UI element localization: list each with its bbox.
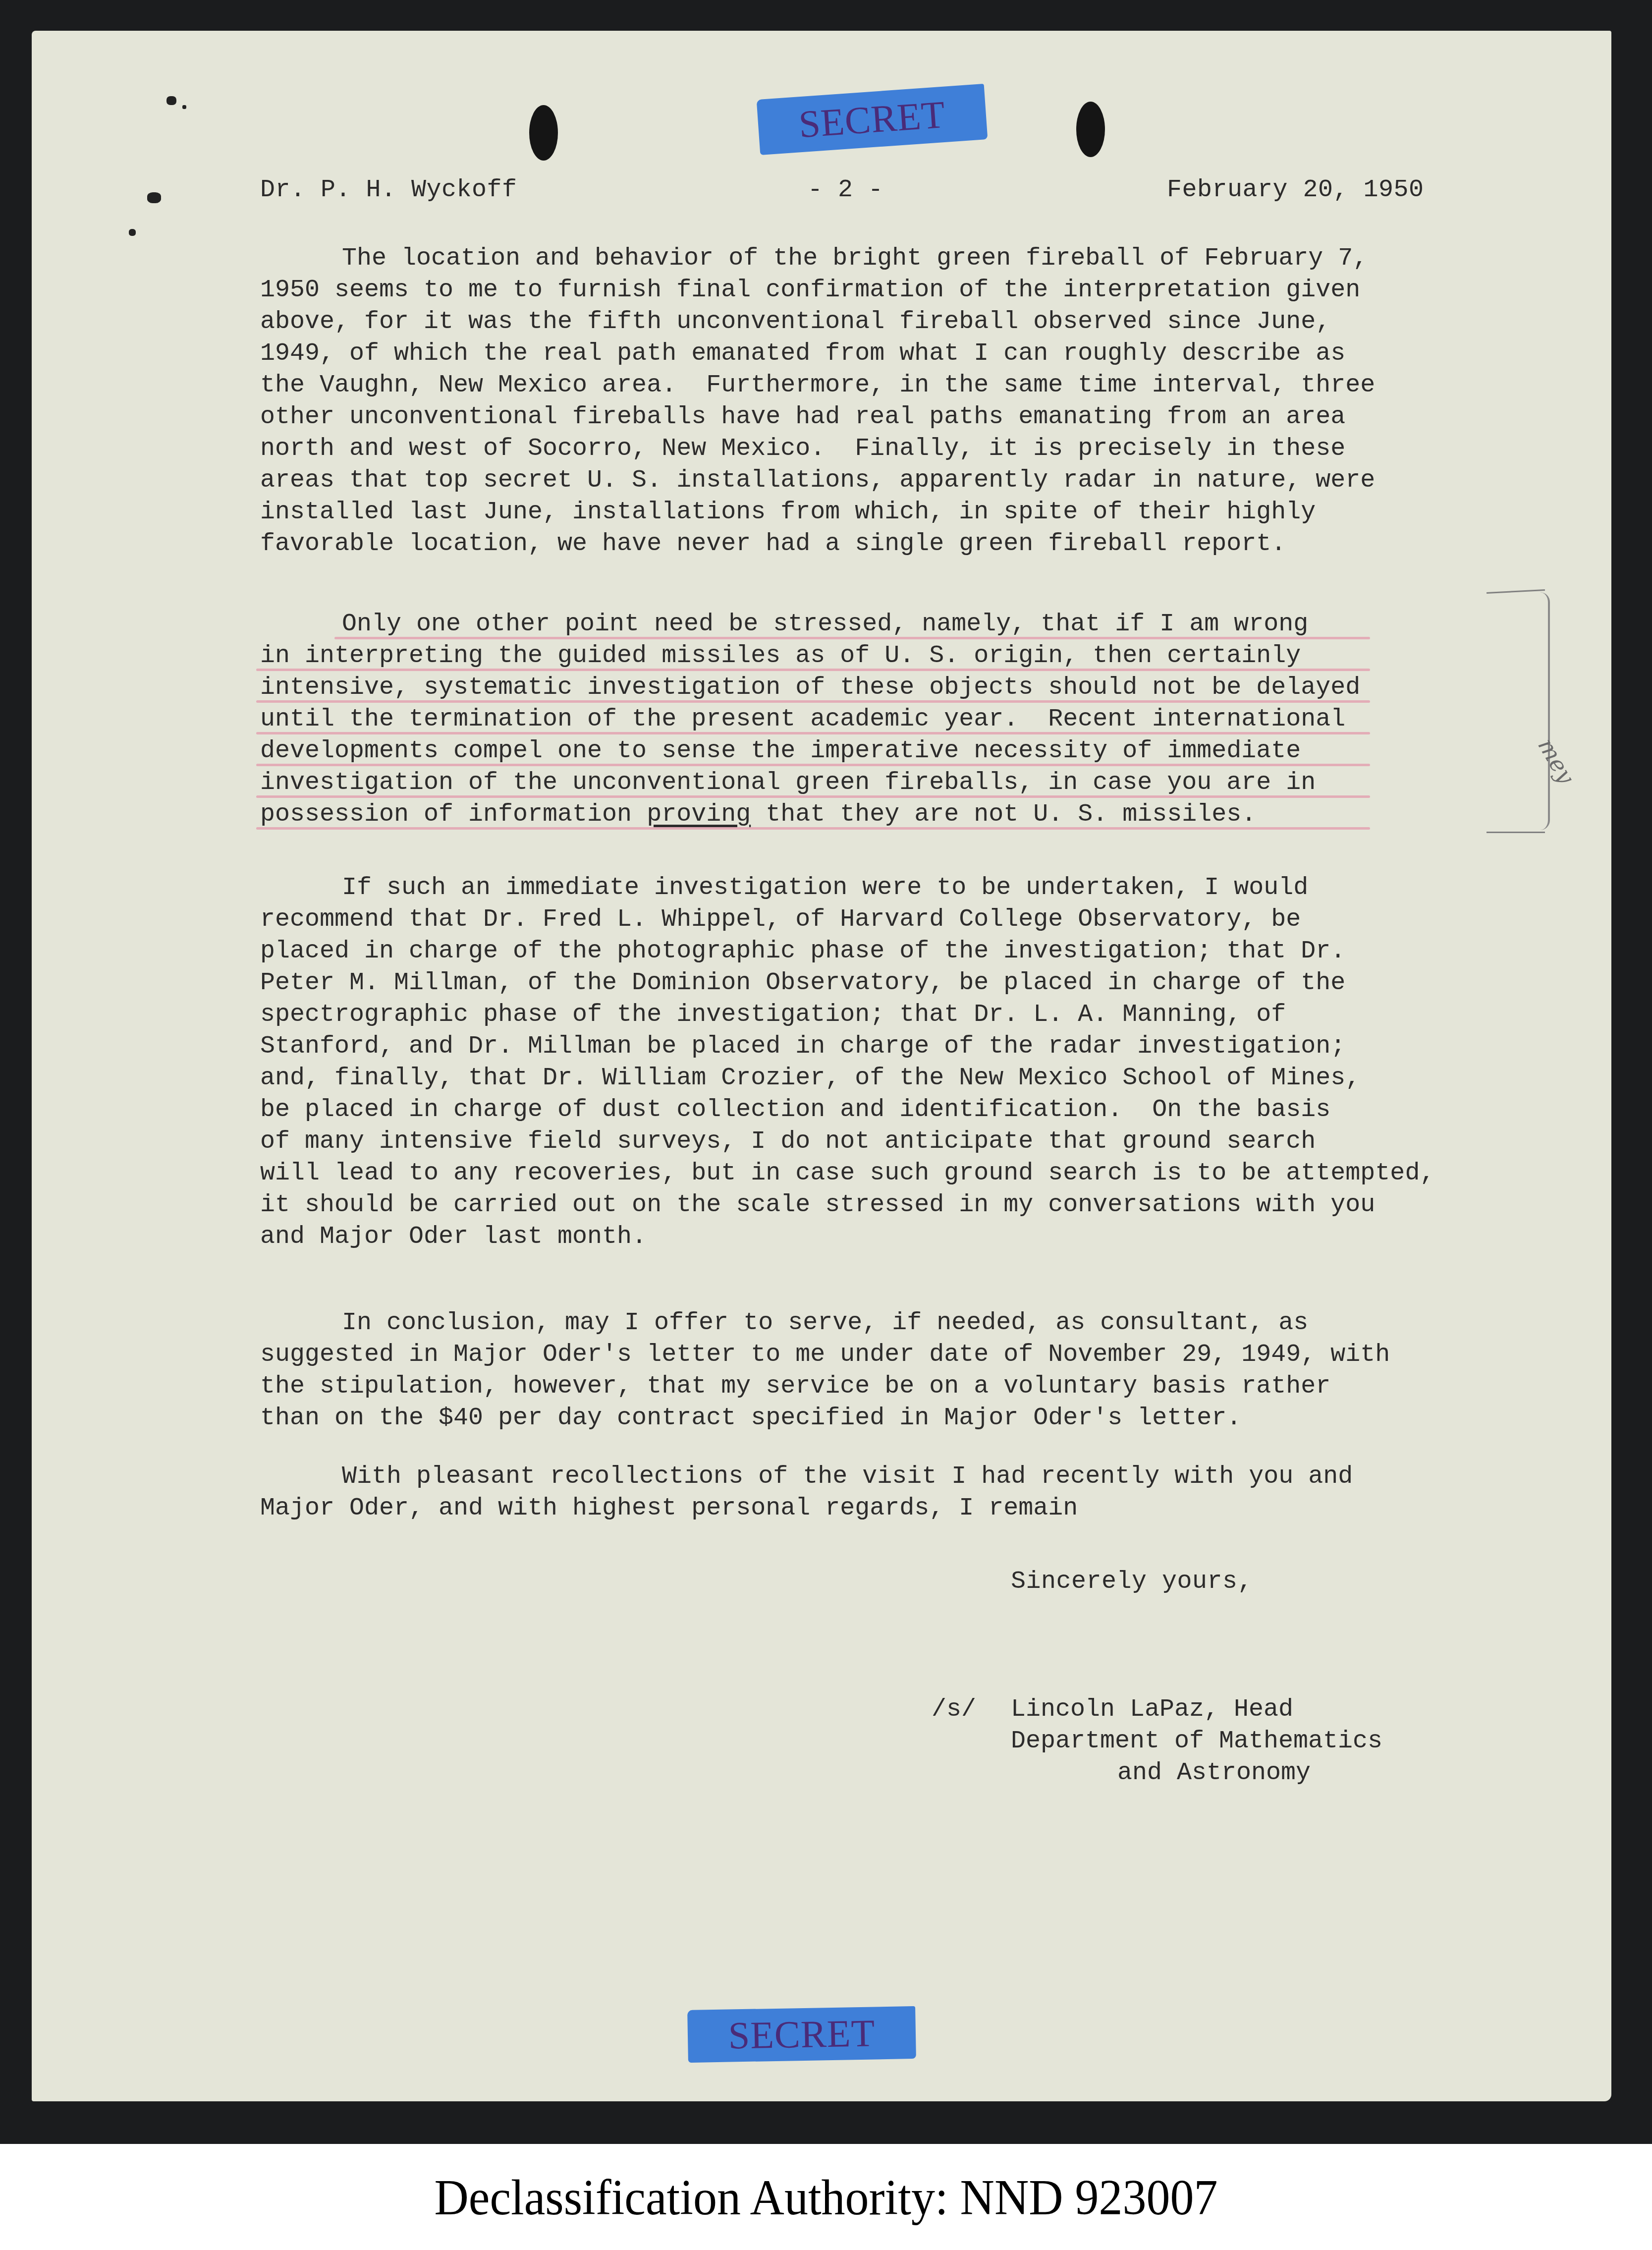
text-line: Major Oder, and with highest personal re… (260, 1493, 1353, 1524)
declassification-footer: Declassification Authority: NND 923007 (0, 2144, 1652, 2250)
highlighted-text-line: developments compel one to sense the imp… (260, 735, 1360, 767)
underlined-word: proving (647, 800, 751, 829)
text-line: 1949, of which the real path emanated fr… (260, 338, 1375, 370)
highlighted-text-line: Only one other point need be stressed, n… (260, 609, 1360, 640)
punch-hole-right (1076, 102, 1105, 157)
highlighted-text-line: investigation of the unconventional gree… (260, 767, 1360, 799)
paragraph-regards: With pleasant recollections of the visit… (260, 1461, 1353, 1524)
paragraph-investigation-recommendations: If such an immediate investigation were … (260, 872, 1434, 1253)
letter-closing: Sincerely yours, (1011, 1566, 1253, 1598)
text-line: will lead to any recoveries, but in case… (260, 1158, 1434, 1189)
text-line: With pleasant recollections of the visit… (260, 1461, 1353, 1493)
paper-tear-mark (129, 229, 136, 236)
pencil-margin-bracket (1540, 592, 1550, 830)
highlighted-text-line: until the termination of the present aca… (260, 704, 1360, 735)
text-line: placed in charge of the photographic pha… (260, 936, 1434, 967)
text-line: the Vaughn, New Mexico area. Furthermore… (260, 370, 1375, 401)
signature-name-line: /s/Lincoln LaPaz, Head (932, 1694, 1382, 1726)
text-line: favorable location, we have never had a … (260, 528, 1375, 560)
text-line: and, finally, that Dr. William Crozier, … (260, 1063, 1434, 1094)
text-line: The location and behavior of the bright … (260, 243, 1375, 275)
text-line: other unconventional fireballs have had … (260, 401, 1375, 433)
text-line: spectrographic phase of the investigatio… (260, 999, 1434, 1031)
paper-tear-mark (166, 96, 176, 105)
signature-mark: /s/ (932, 1694, 1011, 1726)
paragraph-consultant-offer: In conclusion, may I offer to serve, if … (260, 1307, 1390, 1434)
signature-block: /s/Lincoln LaPaz, Head Department of Mat… (932, 1694, 1382, 1789)
punch-hole-left (529, 105, 558, 161)
text-fragment: possession of information (260, 800, 647, 829)
highlighted-text-line: intensive, systematic investigation of t… (260, 672, 1360, 704)
text-line: of many intensive field surveys, I do no… (260, 1126, 1434, 1158)
text-line: installed last June, installations from … (260, 497, 1375, 528)
classification-stamp-bottom: SECRET (687, 2006, 916, 2063)
text-line: than on the $40 per day contract specifi… (260, 1403, 1390, 1434)
highlighted-text-line: possession of information proving that t… (260, 799, 1360, 831)
signer-name: Lincoln LaPaz, Head (1011, 1695, 1293, 1724)
text-line: suggested in Major Oder's letter to me u… (260, 1339, 1390, 1371)
text-line: north and west of Socorro, New Mexico. F… (260, 433, 1375, 465)
paper-tear-mark (147, 192, 161, 203)
text-line: areas that top secret U. S. installation… (260, 465, 1375, 497)
letter-addressee: Dr. P. H. Wyckoff (260, 174, 517, 206)
text-line: Peter M. Millman, of the Dominion Observ… (260, 967, 1434, 999)
text-line: above, for it was the fifth unconvention… (260, 306, 1375, 338)
letter-date: February 20, 1950 (1167, 174, 1424, 206)
text-fragment: that they are not U. S. missiles. (751, 800, 1256, 829)
text-line: In conclusion, may I offer to serve, if … (260, 1307, 1390, 1339)
text-line: and Major Oder last month. (260, 1221, 1434, 1253)
text-line: the stipulation, however, that my servic… (260, 1371, 1390, 1403)
text-line: be placed in charge of dust collection a… (260, 1094, 1434, 1126)
text-line: it should be carried out on the scale st… (260, 1189, 1434, 1221)
highlighted-text-line: in interpreting the guided missiles as o… (260, 640, 1360, 672)
text-line: recommend that Dr. Fred L. Whippel, of H… (260, 904, 1434, 936)
signer-department-cont: and Astronomy (932, 1757, 1382, 1789)
declassification-authority-text: Declassification Authority: NND 923007 (434, 2168, 1217, 2226)
text-line: Stanford, and Dr. Millman be placed in c… (260, 1031, 1434, 1063)
paper-tear-mark (182, 105, 186, 109)
text-line: If such an immediate investigation were … (260, 872, 1434, 904)
page-number: - 2 - (808, 174, 883, 206)
paragraph-fireball-location: The location and behavior of the bright … (260, 243, 1375, 560)
signer-department: Department of Mathematics (932, 1726, 1382, 1757)
paragraph-highlighted-investigation-urgency: Only one other point need be stressed, n… (260, 609, 1360, 831)
pencil-bracket-bottom-tick (1487, 832, 1545, 833)
text-line: 1950 seems to me to furnish final confir… (260, 275, 1375, 306)
